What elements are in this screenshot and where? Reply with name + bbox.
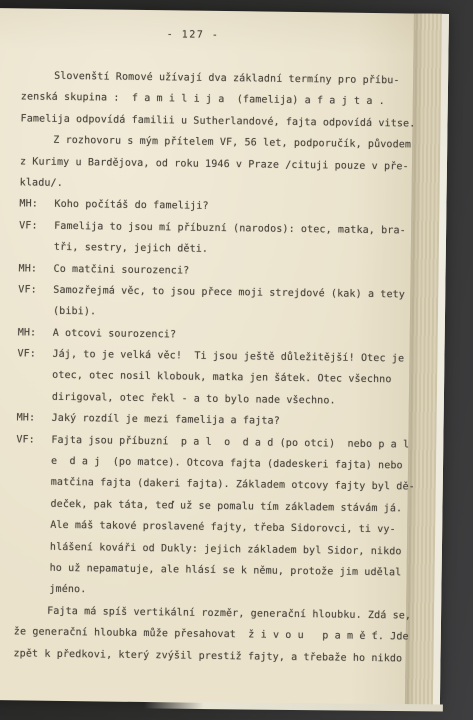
dialogue-turn: VF:Famelija to jsou mí příbuzní (narodos…	[19, 215, 417, 263]
scanned-book-photo: - 127 - Slovenští Romové užívají dva zák…	[0, 0, 473, 720]
speaker-label: MH:	[16, 408, 35, 430]
page-number: - 127 -	[167, 29, 220, 41]
page-text: Slovenští Romové užívají dva základní te…	[13, 65, 418, 669]
book-page: - 127 - Slovenští Romové užívají dva zák…	[0, 8, 449, 706]
speaker-label: MH:	[18, 322, 37, 344]
paragraph: Fajta má spíš vertikální rozměr, generač…	[13, 600, 411, 669]
text-line: zpět k předkovi, který zvýšil prestiž fa…	[13, 643, 410, 670]
dialogue-turn: VF:Samozřejmá věc, to jsou přece moji st…	[18, 279, 416, 327]
speaker-label: VF:	[17, 343, 36, 365]
speaker-label: VF:	[19, 215, 38, 237]
dialogue-turn: VF:Fajta jsou příbuzní p a l o d a d (po…	[14, 429, 413, 605]
speaker-label: VF:	[18, 279, 37, 301]
under-page-edge	[144, 701, 443, 711]
paragraph: Z rozhovoru s mým přítelem VF, 56 let, p…	[20, 130, 418, 199]
paragraph: Slovenští Romové užívají dva základní te…	[20, 65, 418, 134]
speaker-label: VF:	[16, 429, 35, 451]
speaker-label: MH:	[19, 194, 38, 216]
dialogue-turn: VF:Jáj, to je velká věc! Ti jsou ještě d…	[17, 343, 415, 412]
speaker-label: MH:	[18, 258, 37, 280]
